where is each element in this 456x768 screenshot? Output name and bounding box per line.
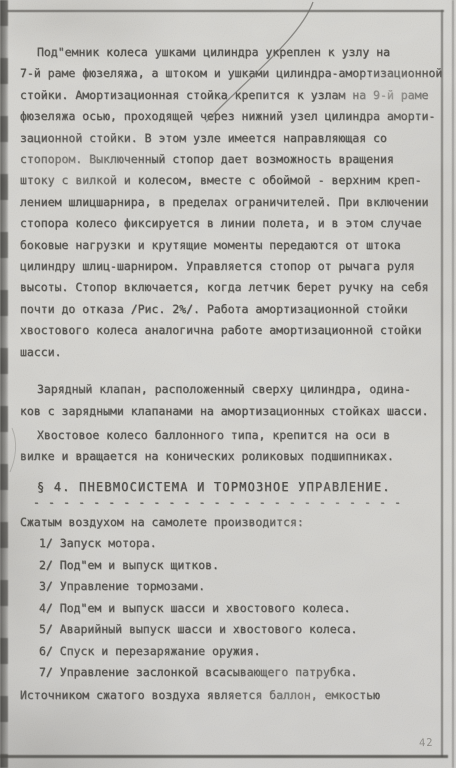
section-header-block: § 4. ПНЕВМОСИСТЕМА И ТОРМОЗНОЕ УПРАВЛЕНИ… xyxy=(20,477,444,508)
paragraph-tail-wheel: Хвостовое колесо баллонного типа, крепит… xyxy=(20,425,444,468)
section-heading-underline: - - - - - - - - - - - - - - - - - - - - … xyxy=(33,496,444,508)
page-number: 42 xyxy=(419,737,434,750)
closing-line: Источником сжатого воздуха является балл… xyxy=(20,685,444,706)
list-item: 6/ Спуск и перезаряжание оружия. xyxy=(39,641,444,663)
scan-edge-right xyxy=(452,0,454,768)
photostat-border-right xyxy=(441,10,443,757)
photostat-border-bottom xyxy=(0,755,448,758)
paragraph-shock-strut: Под"емник колеса ушками цилиндра укрепле… xyxy=(20,42,444,363)
list-item: 1/ Запуск мотора. xyxy=(39,533,444,555)
list-intro-line: Сжатым воздухом на самолете производится… xyxy=(20,512,444,533)
section-heading: § 4. ПНЕВМОСИСТЕМА И ТОРМОЗНОЕ УПРАВЛЕНИ… xyxy=(37,477,444,498)
list-item: 5/ Аварийный выпуск шасси и хвостового к… xyxy=(39,619,444,641)
list-item: 7/ Управление заслонкой всасывающего пат… xyxy=(39,662,444,684)
compressed-air-uses-list: 1/ Запуск мотора. 2/ Под"ем и выпуск щит… xyxy=(20,533,444,684)
paragraph-charging-valve: Зарядный клапан, расположенный сверху ци… xyxy=(20,379,444,422)
list-item: 4/ Под"ем и выпуск шасси и хвостового ко… xyxy=(39,598,444,620)
typewritten-text-block: Под"емник колеса ушками цилиндра укрепле… xyxy=(20,42,444,706)
scanned-document-page: Под"емник колеса ушками цилиндра укрепле… xyxy=(0,0,456,768)
photostat-border-top xyxy=(7,10,444,12)
list-item: 3/ Управление тормозами. xyxy=(39,576,444,598)
list-item: 2/ Под"ем и выпуск щитков. xyxy=(39,555,444,577)
binding-shadow-edge xyxy=(0,0,8,768)
